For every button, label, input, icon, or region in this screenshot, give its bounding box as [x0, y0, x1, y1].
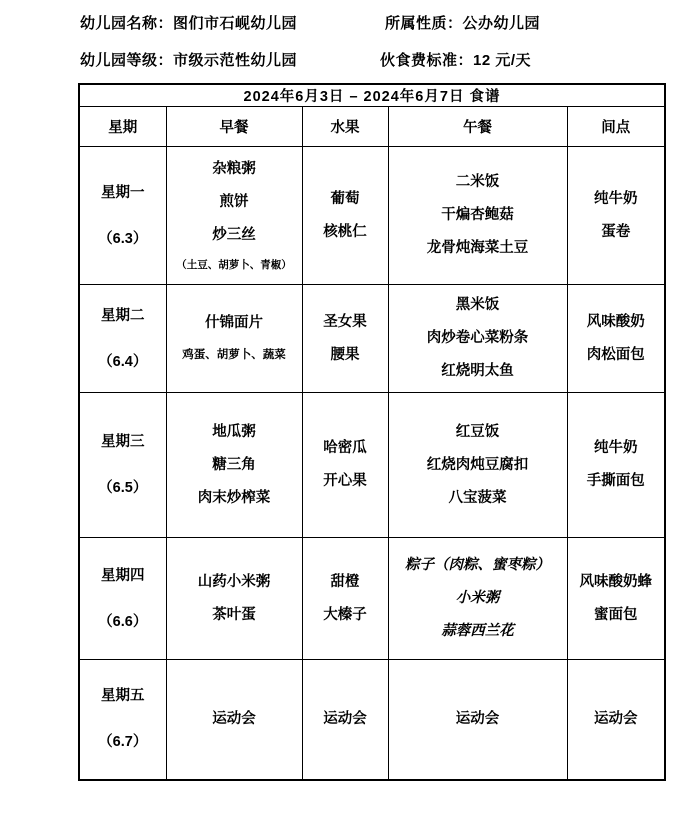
ownership-type-value: 公办幼儿园 — [463, 15, 541, 32]
menu-item: 哈密瓜 — [303, 432, 388, 465]
kindergarten-name-value: 图们市石岘幼儿园 — [173, 15, 297, 32]
cell-wednesday-fruit: 哈密瓜 开心果 — [302, 393, 388, 538]
weekday-label: 星期二 — [80, 293, 166, 339]
menu-title-row: 2024年6月3日 – 2024年6月7日 食谱 — [79, 84, 665, 107]
menu-item: 山药小米粥 — [167, 566, 302, 599]
cell-friday-lunch: 运动会 — [388, 660, 567, 780]
cell-tuesday-snack: 风味酸奶 肉松面包 — [567, 285, 665, 393]
menu-item: 红烧明太鱼 — [389, 355, 567, 388]
menu-item: 小米粥 — [389, 582, 567, 615]
date-label: （6.7） — [80, 719, 166, 765]
cell-wednesday-weekday: 星期三 （6.5） — [79, 393, 166, 538]
menu-item-note: 鸡蛋、胡萝卜、蔬菜 — [167, 340, 302, 370]
menu-item: 蛋卷 — [568, 216, 665, 249]
menu-item: 肉松面包 — [568, 339, 665, 372]
header-fruit: 水果 — [302, 107, 388, 147]
kindergarten-name-label: 幼儿园名称： — [80, 15, 173, 32]
cell-monday-snack: 纯牛奶 蛋卷 — [567, 147, 665, 285]
cell-monday-lunch: 二米饭 干煸杏鲍菇 龙骨炖海菜土豆 — [388, 147, 567, 285]
menu-item: 运动会 — [303, 703, 388, 736]
menu-item: 红烧肉炖豆腐扣 — [389, 449, 567, 482]
menu-title: 2024年6月3日 – 2024年6月7日 食谱 — [79, 84, 665, 107]
menu-item: 龙骨炖海菜土豆 — [389, 232, 567, 265]
kindergarten-grade-value: 市级示范性幼儿园 — [173, 52, 297, 69]
cell-thursday-weekday: 星期四 （6.6） — [79, 538, 166, 660]
menu-item: 煎饼 — [167, 186, 302, 219]
cell-friday-breakfast: 运动会 — [166, 660, 302, 780]
menu-item-note: （土豆、胡萝卜、青椒） — [167, 252, 302, 278]
cell-thursday-snack: 风味酸奶蜂 蜜面包 — [567, 538, 665, 660]
menu-item: 蒜蓉西兰花 — [389, 615, 567, 648]
cell-tuesday-breakfast: 什锦面片 鸡蛋、胡萝卜、蔬菜 — [166, 285, 302, 393]
menu-item: 腰果 — [303, 339, 388, 372]
menu-item: 大榛子 — [303, 599, 388, 632]
cell-tuesday-fruit: 圣女果 腰果 — [302, 285, 388, 393]
menu-item: 什锦面片 — [167, 307, 302, 340]
menu-item: 地瓜粥 — [167, 416, 302, 449]
menu-item: 运动会 — [167, 703, 302, 736]
cell-wednesday-lunch: 红豆饭 红烧肉炖豆腐扣 八宝菠菜 — [388, 393, 567, 538]
menu-item: 风味酸奶 — [568, 306, 665, 339]
menu-item: 甜橙 — [303, 566, 388, 599]
cell-tuesday-weekday: 星期二 （6.4） — [79, 285, 166, 393]
meal-fee-label: 伙食费标准： — [380, 52, 473, 69]
date-label: （6.6） — [80, 599, 166, 645]
menu-item: 二米饭 — [389, 166, 567, 199]
date-label: （6.5） — [80, 465, 166, 511]
menu-item: 圣女果 — [303, 306, 388, 339]
menu-item: 运动会 — [568, 703, 665, 736]
menu-item: 肉炒卷心菜粉条 — [389, 322, 567, 355]
menu-item: 粽子（肉粽、蜜枣粽） — [389, 549, 567, 582]
cell-wednesday-breakfast: 地瓜粥 糖三角 肉末炒榨菜 — [166, 393, 302, 538]
header-lunch: 午餐 — [388, 107, 567, 147]
menu-item: 开心果 — [303, 465, 388, 498]
menu-item: 黑米饭 — [389, 289, 567, 322]
meal-fee-value: 12 元/天 — [473, 52, 531, 69]
menu-item: 纯牛奶 — [568, 183, 665, 216]
cell-friday-weekday: 星期五 （6.7） — [79, 660, 166, 780]
cell-wednesday-snack: 纯牛奶 手撕面包 — [567, 393, 665, 538]
menu-item: 纯牛奶 — [568, 432, 665, 465]
menu-item: 蜜面包 — [568, 599, 665, 632]
header-breakfast: 早餐 — [166, 107, 302, 147]
table-row-wednesday: 星期三 （6.5） 地瓜粥 糖三角 肉末炒榨菜 哈密瓜 开心果 红豆饭 红烧肉炖… — [79, 393, 665, 538]
menu-item: 核桃仁 — [303, 216, 388, 249]
cell-monday-weekday: 星期一 （6.3） — [79, 147, 166, 285]
cell-tuesday-lunch: 黑米饭 肉炒卷心菜粉条 红烧明太鱼 — [388, 285, 567, 393]
cell-thursday-fruit: 甜橙 大榛子 — [302, 538, 388, 660]
menu-item: 干煸杏鲍菇 — [389, 199, 567, 232]
ownership-type: 所属性质：公办幼儿园 — [385, 12, 540, 33]
menu-item: 炒三丝 — [167, 219, 302, 252]
menu-item: 杂粮粥 — [167, 153, 302, 186]
menu-item: 红豆饭 — [389, 416, 567, 449]
cell-friday-snack: 运动会 — [567, 660, 665, 780]
kindergarten-name: 幼儿园名称：图们市石岘幼儿园 — [80, 12, 297, 33]
weekly-menu-table: 2024年6月3日 – 2024年6月7日 食谱 星期 早餐 水果 午餐 间点 … — [78, 83, 666, 781]
cell-thursday-breakfast: 山药小米粥 茶叶蛋 — [166, 538, 302, 660]
kindergarten-grade-label: 幼儿园等级： — [80, 52, 173, 69]
menu-item: 风味酸奶蜂 — [568, 566, 665, 599]
table-row-friday: 星期五 （6.7） 运动会 运动会 运动会 运动会 — [79, 660, 665, 780]
cell-monday-breakfast: 杂粮粥 煎饼 炒三丝 （土豆、胡萝卜、青椒） — [166, 147, 302, 285]
weekday-label: 星期五 — [80, 673, 166, 719]
weekday-label: 星期三 — [80, 419, 166, 465]
header-weekday: 星期 — [79, 107, 166, 147]
weekday-label: 星期四 — [80, 553, 166, 599]
menu-item: 糖三角 — [167, 449, 302, 482]
menu-item: 手撕面包 — [568, 465, 665, 498]
weekday-label: 星期一 — [80, 170, 166, 216]
menu-item: 肉末炒榨菜 — [167, 482, 302, 515]
ownership-type-label: 所属性质： — [385, 15, 463, 32]
menu-item: 茶叶蛋 — [167, 599, 302, 632]
menu-item: 葡萄 — [303, 183, 388, 216]
cell-monday-fruit: 葡萄 核桃仁 — [302, 147, 388, 285]
kindergarten-grade: 幼儿园等级：市级示范性幼儿园 — [80, 49, 297, 70]
date-label: （6.3） — [80, 216, 166, 262]
date-label: （6.4） — [80, 339, 166, 385]
menu-header-row: 星期 早餐 水果 午餐 间点 — [79, 107, 665, 147]
cell-thursday-lunch: 粽子（肉粽、蜜枣粽） 小米粥 蒜蓉西兰花 — [388, 538, 567, 660]
menu-item: 运动会 — [389, 703, 567, 736]
meal-fee-standard: 伙食费标准：12 元/天 — [380, 49, 531, 70]
table-row-monday: 星期一 （6.3） 杂粮粥 煎饼 炒三丝 （土豆、胡萝卜、青椒） 葡萄 核桃仁 … — [79, 147, 665, 285]
header-snack: 间点 — [567, 107, 665, 147]
menu-item: 八宝菠菜 — [389, 482, 567, 515]
table-row-thursday: 星期四 （6.6） 山药小米粥 茶叶蛋 甜橙 大榛子 粽子（肉粽、蜜枣粽） 小米… — [79, 538, 665, 660]
cell-friday-fruit: 运动会 — [302, 660, 388, 780]
table-row-tuesday: 星期二 （6.4） 什锦面片 鸡蛋、胡萝卜、蔬菜 圣女果 腰果 黑米饭 肉炒卷心… — [79, 285, 665, 393]
